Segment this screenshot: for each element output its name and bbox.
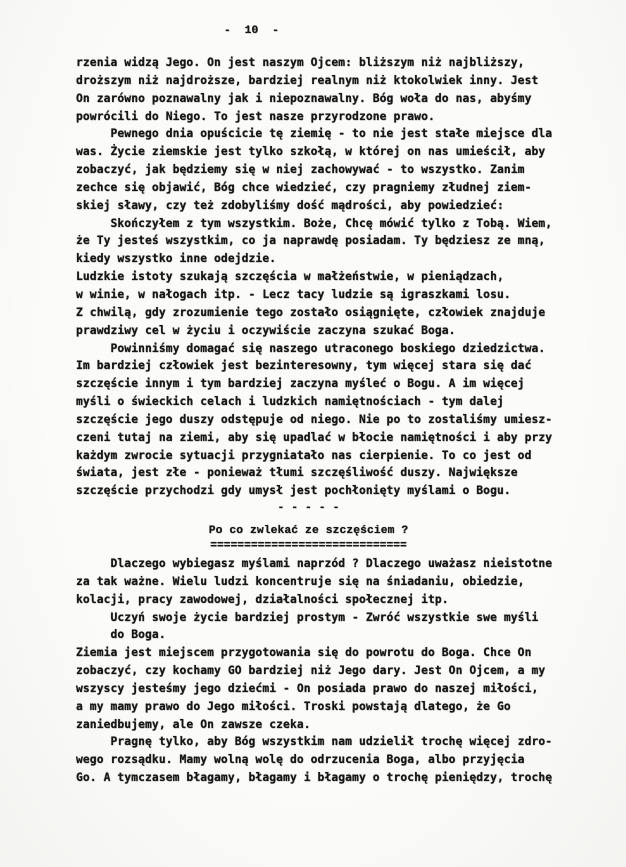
section-separator-dashes: - - - - -: [76, 500, 541, 518]
page-number: - 10 -: [224, 23, 279, 41]
body-text-block-2: Dlaczego wybiegasz myślami naprzód ? Dla…: [76, 555, 552, 787]
body-text-block-1: rzenia widzą Jego. On jest naszym Ojcem:…: [76, 54, 552, 500]
scanned-document-page: - 10 - rzenia widzą Jego. On jest naszym…: [0, 0, 626, 867]
heading-underline: =============================: [76, 538, 541, 556]
